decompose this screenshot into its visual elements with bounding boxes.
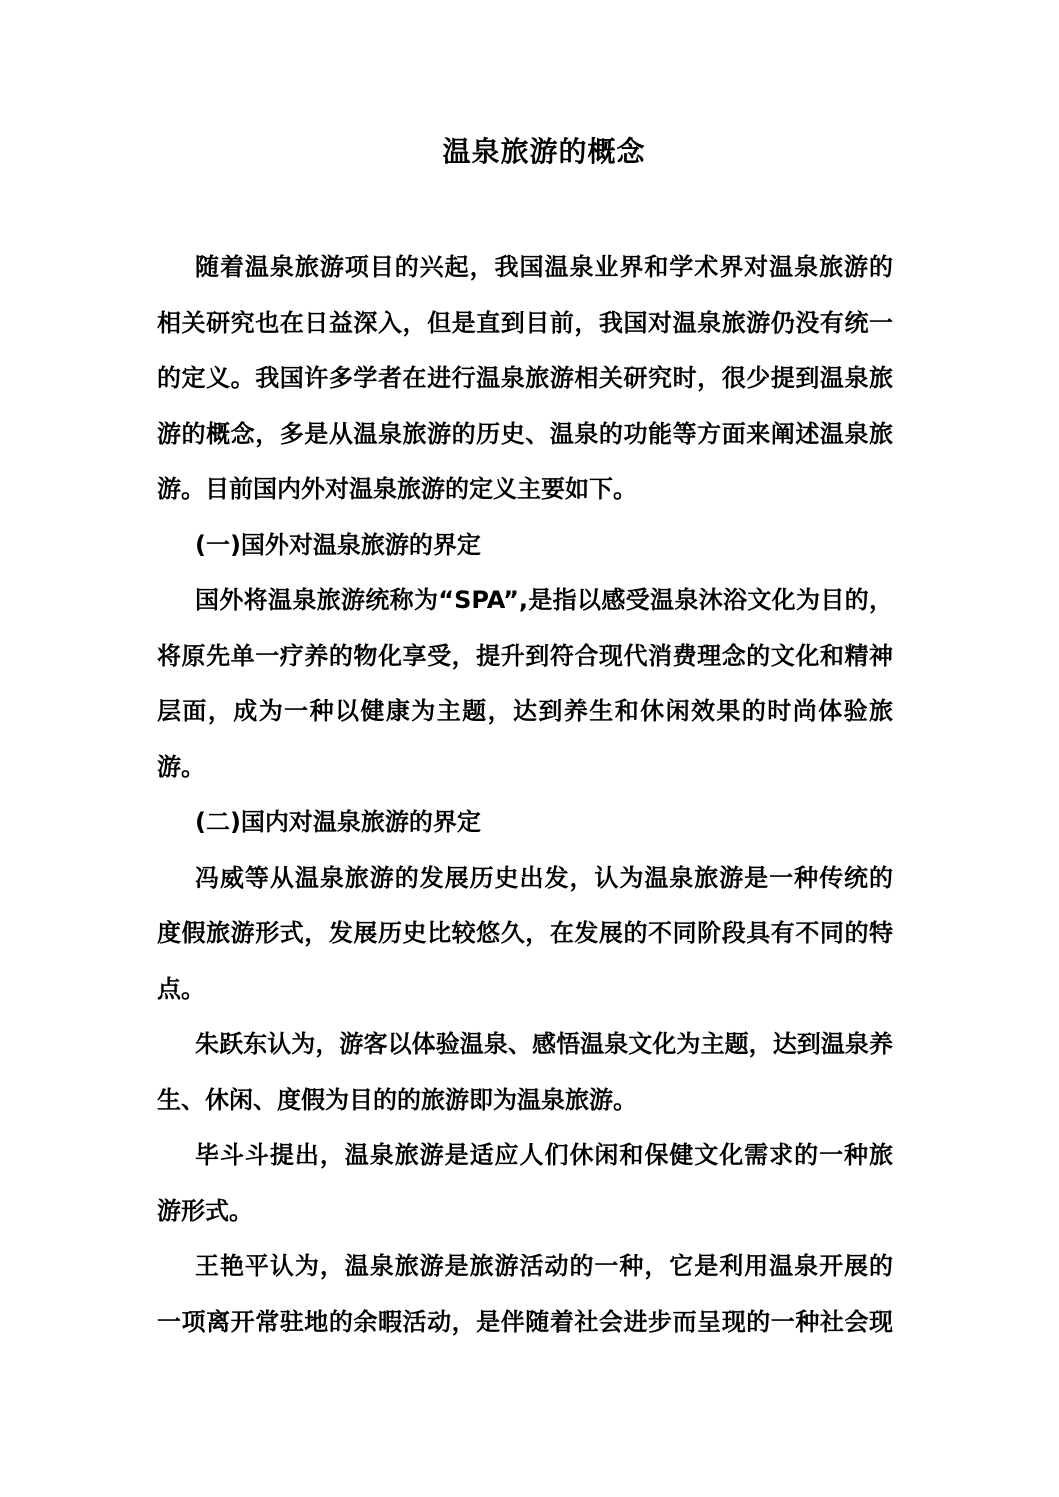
paragraph-line: 层面，成为一种以健康为主题，达到养生和休闲效果的时尚体验旅 — [157, 684, 893, 740]
paragraph-line: 游形式。 — [157, 1184, 893, 1240]
paragraph-line: 点。 — [157, 962, 893, 1018]
paragraph-line: 朱跃东认为，游客以体验温泉、感悟温泉文化为主题，达到温泉养 — [157, 1017, 893, 1073]
paragraph-line: 冯威等从温泉旅游的发展历史出发，认为温泉旅游是一种传统的 — [157, 851, 893, 907]
paragraph-line: 将原先单一疗养的物化享受，提升到符合现代消费理念的文化和精神 — [157, 629, 893, 685]
document-title: 温泉旅游的概念 — [157, 131, 893, 173]
paragraph-line: 毕斗斗提出，温泉旅游是适应人们休闲和保健文化需求的一种旅 — [157, 1128, 893, 1184]
paragraph-line: 相关研究也在日益深入，但是直到目前，我国对温泉旅游仍没有统一 — [157, 296, 893, 352]
paragraph-line: 游。 — [157, 740, 893, 796]
paragraph-line: 国外将温泉旅游统称为“SPA”,是指以感受温泉沐浴文化为目的， — [157, 573, 893, 629]
paragraph-line: 王艳平认为，温泉旅游是旅游活动的一种，它是利用温泉开展的 — [157, 1239, 893, 1295]
paragraph-line: 一项离开常驻地的余暇活动，是伴随着社会进步而呈现的一种社会现 — [157, 1295, 893, 1351]
paragraph-line: 游的概念，多是从温泉旅游的历史、温泉的功能等方面来阐述温泉旅 — [157, 407, 893, 463]
paragraph-line: 度假旅游形式，发展历史比较悠久，在发展的不同阶段具有不同的特 — [157, 906, 893, 962]
heading-line: (二)国内对温泉旅游的界定 — [157, 795, 893, 851]
paragraph-line: 生、休闲、度假为目的的旅游即为温泉旅游。 — [157, 1073, 893, 1129]
paragraph-line: 的定义。我国许多学者在进行温泉旅游相关研究时，很少提到温泉旅 — [157, 351, 893, 407]
paragraph-line: 游。目前国内外对温泉旅游的定义主要如下。 — [157, 462, 893, 518]
document-body: 随着温泉旅游项目的兴起，我国温泉业界和学术界对温泉旅游的相关研究也在日益深入，但… — [157, 240, 893, 1350]
heading-line: (一)国外对温泉旅游的界定 — [157, 518, 893, 574]
document-page: 温泉旅游的概念 随着温泉旅游项目的兴起，我国温泉业界和学术界对温泉旅游的相关研究… — [0, 0, 1059, 1497]
paragraph-line: 随着温泉旅游项目的兴起，我国温泉业界和学术界对温泉旅游的 — [157, 240, 893, 296]
